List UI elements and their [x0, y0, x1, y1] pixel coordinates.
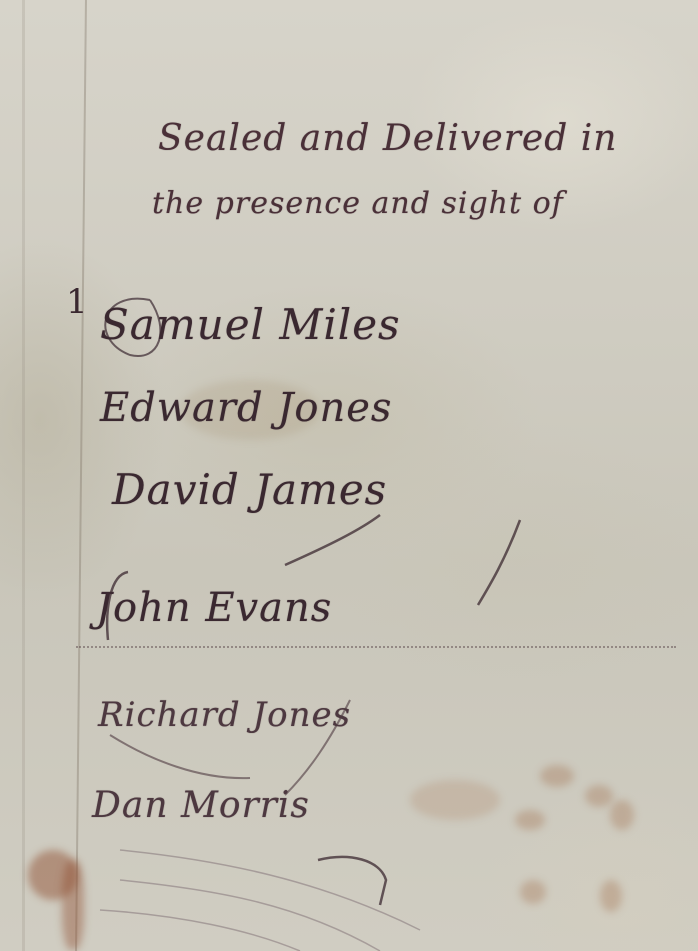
parchment-background: Sealed and Delivered in the presence and…: [0, 0, 698, 951]
stain-right-5: [520, 880, 546, 904]
signature-david-james: David James: [112, 465, 387, 514]
stain-right-2: [585, 785, 613, 807]
fold-crease-outer: [22, 0, 25, 951]
signature-dan-morris: Dan Morris: [92, 785, 310, 826]
stain-right-3: [515, 810, 545, 830]
margin-mark: 1: [66, 282, 88, 322]
heading-line-2: the presence and sight of: [152, 186, 564, 221]
stain-right-4: [610, 800, 634, 830]
signature-john-evans: John Evans: [96, 585, 332, 631]
signature-samuel-miles: Samuel Miles: [100, 300, 401, 349]
stain-right-6: [600, 880, 622, 912]
heading-line-1: Sealed and Delivered in: [158, 118, 617, 159]
stain-mid: [410, 780, 500, 820]
signature-edward-jones: Edward Jones: [100, 385, 392, 431]
fold-crease-margin: [75, 0, 87, 951]
stain-bottom-left-2: [62, 860, 84, 950]
signature-richard-jones: Richard Jones: [98, 695, 351, 735]
stain-right-1: [540, 765, 574, 787]
dotted-rule: [76, 646, 676, 648]
